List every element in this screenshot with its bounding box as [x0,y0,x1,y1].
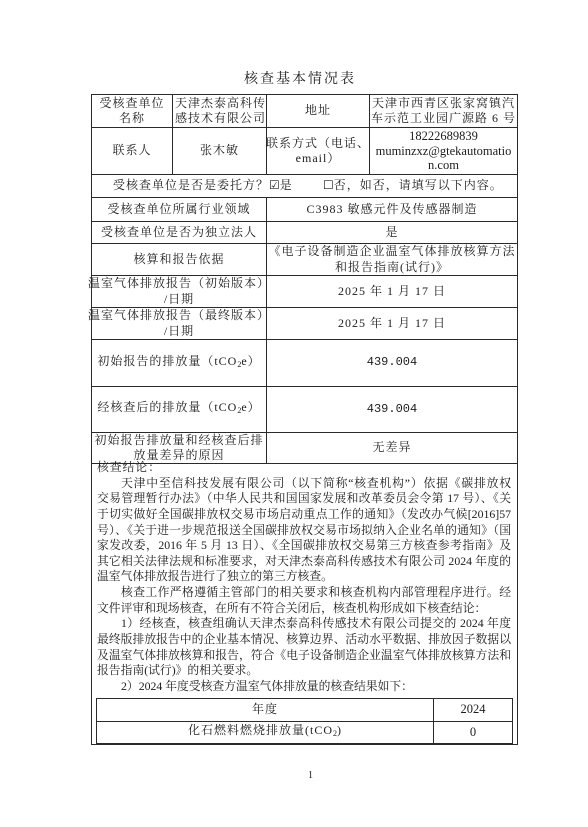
paragraph-line: 其它相关法律法规和标准要求，对天津杰泰高科传感技术有限公司 2024 年度的 [97,554,511,570]
address-label: 地址 [267,95,369,127]
label-text: e） [241,400,260,414]
label-text: 化石燃料燃烧排放量(tCO [188,723,333,737]
label-line: 受核查单位 [99,96,164,112]
entrusted-no-option: ☐否，如否，请填写以下内容。 [323,177,503,193]
label-line: 联系人 [112,143,151,159]
paragraph-line: 2）2024 年度受核查方温室气体排放量的核查结果如下： [97,679,511,695]
paragraph-line: 于切实做好全国碳排放权交易市场启动重点工作的通知》（发改办气候[2016]57 [97,507,511,523]
label-line: 联系方式（电话、 [266,136,370,152]
value-line: 439.004 [367,402,417,418]
paragraph-line: 报告指南(试行)》的相关要求。 [97,663,511,679]
initial-report-label: 温室气体排放报告（初始版本） /日期 [92,276,266,307]
verified-emission-label: 经核查后的排放量（tCO2e） [92,387,266,432]
unit-name-label: 受核查单位 名称 [92,95,172,127]
label-line: 名称 [119,111,145,127]
paragraph-line: 家发改委，2016 年 5 月 13 日）、《全国碳排放权交易第三方核查参考指南… [97,538,511,554]
paragraph-line: 交易管理暂行办法》（中华人民共和国国家发展和改革委员会令第 17 号）、《关 [97,491,511,507]
initial-emission-label: 初始报告的排放量（tCO2e） [92,340,266,386]
conclusion-heading: 核查结论： [97,460,511,476]
contact-method-label: 联系方式（电话、 email） [267,128,369,174]
paragraph-line: 1）经核查，核查组确认天津杰泰高科传感技术有限公司提交的 2024 年度 [97,616,511,632]
checkbox-unchecked-icon: ☐ [323,178,334,192]
label-line: /日期 [164,324,194,340]
unit-name-value: 天津杰泰高科传 感技术有限公司 [173,95,266,127]
label-line: email） [296,151,341,167]
basis-value: 《电子设备制造企业温室气体排放核算方法 和报告指南(试行)》 [267,244,517,275]
paragraph-line: 最终版排放报告中的企业基本情况、核算边界、活动水平数据、排放因子数据以 [97,632,511,648]
value-line: 2025 年 1 月 17 日 [338,284,446,300]
legal-person-value: 是 [267,222,517,243]
fossil-fuel-emission-label: 化石燃料燃烧排放量(tCO2) [97,722,433,743]
conclusion-paragraph: 2）2024 年度受核查方温室气体排放量的核查结果如下： [97,679,511,695]
label-line: 地址 [305,103,331,119]
year-label: 年度 [97,699,433,721]
basis-label: 核算和报告依据 [92,244,266,275]
label-line: 核算和报告依据 [133,252,224,268]
value-line: 无差异 [372,440,411,456]
page-title: 核查基本情况表 [0,70,588,90]
value-line: 感技术有限公司 [175,111,266,127]
verification-conclusion: 核查结论： 天津中至信科技发展有限公司（以下简称“核查机构”）依据《碳排放权 交… [97,460,511,695]
value-line: 天津杰泰高科传 [175,96,266,112]
address-value: 天津市西青区张家窝镇汽 车示范工业园广源路 6 号 [370,95,517,127]
conclusion-paragraph: 1）经核查，核查组确认天津杰泰高科传感技术有限公司提交的 2024 年度 最终版… [97,616,511,679]
paragraph-line: 天津中至信科技发展有限公司（以下简称“核查机构”）依据《碳排放权 [97,476,511,492]
value-line: 0 [470,725,476,741]
fossil-fuel-emission-value: 0 [434,722,512,743]
label-text: 经核查后的排放量（tCO [97,400,237,414]
label-line: /日期 [164,292,194,308]
contact-method-value: 18222689839 muminzxz@gtekautomatio n.com [370,128,517,174]
email-line: muminzxz@gtekautomatio [376,144,512,159]
label-line: 初始报告排放量和经核查后排 [94,433,263,449]
industry-value: C3983 敏感元件及传感器制造 [267,198,517,221]
conclusion-paragraph: 天津中至信科技发展有限公司（以下简称“核查机构”）依据《碳排放权 交易管理暂行办… [97,476,511,585]
label-line: 年度 [252,702,278,718]
paragraph-line: 核查工作严格遵循主管部门的相关要求和核查机构内部管理程序进行。经 [97,585,511,601]
value-line: 天津市西青区张家窝镇汽 [372,96,515,112]
label-line: 温室气体排放报告（初始版本） [88,276,270,292]
value-line: 和报告指南(试行)》 [335,260,449,276]
initial-report-date: 2025 年 1 月 17 日 [267,276,517,307]
value-line: 张木敏 [200,143,239,159]
value-line: 2024 [461,702,486,718]
label-line: 温室气体排放报告（最终版本） [88,308,270,324]
conclusion-paragraph: 核查工作严格遵循主管部门的相关要求和核查机构内部管理程序进行。经 文件评审和现场… [97,585,511,616]
entrusted-yes-label: 是 [280,178,293,192]
value-line: 是 [385,225,398,241]
row-divider [91,174,518,175]
email-line: n.com [428,158,459,173]
entrusted-no-label: 否，如否，请填写以下内容。 [334,178,503,192]
year-value: 2024 [434,699,512,721]
entrusted-question-yes: 受核查单位是否是委托方？☑是 [113,177,293,193]
value-line: 车示范工业园广源路 6 号 [371,111,516,127]
label-text: 初始报告的排放量（tCO [97,354,237,368]
final-report-label: 温室气体排放报告（最终版本） /日期 [92,308,266,339]
initial-emission-value: 439.004 [267,340,517,386]
entrusted-question: 受核查单位是否是委托方？ [113,178,269,192]
page-number: 1 [308,770,313,782]
paragraph-line: 文件评审和现场核查，在所有不符合关闭后，核查机构形成如下核查结论： [97,601,511,617]
industry-label: 受核查单位所属行业领域 [92,198,266,221]
phone-number: 18222689839 [409,129,478,144]
label-line: 受核查单位所属行业领域 [107,202,250,218]
final-report-date: 2025 年 1 月 17 日 [267,308,517,339]
value-line: 《电子设备制造企业温室气体排放核算方法 [269,244,516,260]
label-line: 受核查单位是否为独立法人 [101,225,257,241]
contact-person-label: 联系人 [92,128,172,174]
label-line: 化石燃料燃烧排放量(tCO2) [188,723,342,742]
label-text: ) [337,723,342,737]
label-line: 经核查后的排放量（tCO2e） [97,400,260,419]
paragraph-line: 及温室气体排放核算和报告，符合《电子设备制造企业温室气体排放核算方法和 [97,648,511,664]
checkbox-checked-icon: ☑ [269,178,280,192]
value-line: C3983 敏感元件及传感器制造 [306,202,477,218]
verified-emission-value: 439.004 [267,387,517,432]
difference-reason-value: 无差异 [267,433,517,463]
difference-reason-label: 初始报告排放量和经核查后排 放量差异的原因 [92,433,266,463]
contact-person-value: 张木敏 [173,128,266,174]
paragraph-line: 温室气体排放报告进行了独立的第三方核查。 [97,569,511,585]
label-line: 初始报告的排放量（tCO2e） [97,354,260,373]
paragraph-line: 号）、《关于进一步规范报送全国碳排放权交易市场拟纳入企业名单的通知》（国 [97,523,511,539]
value-line: 439.004 [367,355,417,371]
label-text: e） [241,354,260,368]
document-page: 核查基本情况表 受核查单位 名称 天津杰泰高科传 感技术有限公司 地址 天津市西… [0,0,588,827]
legal-person-label: 受核查单位是否为独立法人 [92,222,266,243]
value-line: 2025 年 1 月 17 日 [338,316,446,332]
